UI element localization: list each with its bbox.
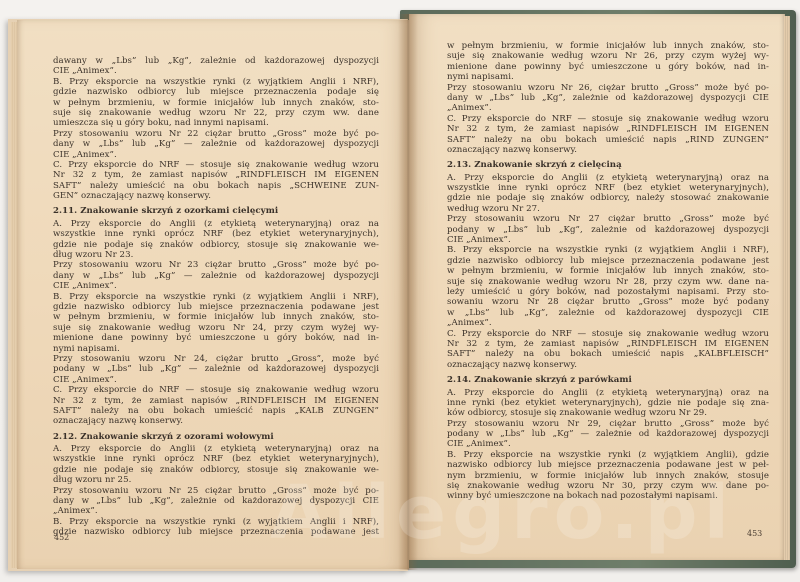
text-line: ków odbiorcy, stosuje się znakowanie wed… — [447, 408, 769, 418]
text-line: C. Przy eksporcie do NRF — stosuje się z… — [53, 160, 379, 170]
text-line: w pełnym brzmieniu, w formie inicjałów l… — [447, 41, 769, 51]
text-line: SAFT” należy na obu bokach umieścić napi… — [447, 135, 769, 145]
text-line: „Animex”. — [447, 103, 769, 113]
section-heading: 2.12. Znakowanie skrzyń z ozorami wołowy… — [53, 432, 379, 442]
text-line: gdzie nie podaje się znaków odbiorcy, st… — [53, 240, 379, 250]
text-line: CIE „Animex”. — [53, 281, 379, 291]
text-line: Nr 32 z tym, że zamiast napisów „RINDFLE… — [447, 339, 769, 349]
text-line: się znakowanie według wzoru Nr 30, przy … — [447, 481, 769, 491]
text-line: „Animex”. — [447, 318, 769, 328]
text-line: nymi napisami. — [53, 344, 379, 354]
text-line: suje się znakowanie według wzoru Nr 26, … — [447, 51, 769, 61]
text-line: dany w „Lbs” lub „Kg”, zależnie od każdo… — [53, 496, 379, 506]
text-line: „Animex”. — [53, 506, 379, 516]
text-line: wszystkie inne rynki oprócz NRF (bez ety… — [53, 229, 379, 239]
paragraph-gap — [53, 201, 379, 203]
text-line: leży umieścić u góry boków, nad pozostał… — [447, 287, 769, 297]
text-line: w pełnym brzmieniu, w formie inicjałów l… — [53, 312, 379, 322]
text-line: dług wzoru nr 25. — [53, 475, 379, 485]
text-line: A. Przy eksporcie do Anglii (z etykietą … — [447, 173, 769, 183]
text-line: CIE „Animex”. — [53, 375, 379, 385]
text-line: CIE „Animex”. — [53, 66, 379, 76]
text-line: CIE „Animex”. — [53, 150, 379, 160]
right-page: w pełnym brzmieniu, w formie inicjałów l… — [409, 14, 785, 560]
section-heading: 2.13. Znakowanie skrzyń z cielęciną — [447, 160, 769, 170]
paragraph-gap — [447, 155, 769, 157]
text-line: gdzie nazwisko odbiorcy lub miejsce prze… — [447, 256, 769, 266]
text-line: B. Przy eksporcie na wszystkie rynki (z … — [447, 245, 769, 255]
paragraph-gap — [447, 502, 769, 504]
text-line: dany w „Lbs” lub „Kg”, zależnie od każdo… — [447, 93, 769, 103]
text-line: A. Przy eksporcie do Anglii (z etykietą … — [53, 219, 379, 229]
left-page: dawany w „Lbs” lub „Kg”, zależnie od każ… — [17, 20, 409, 569]
text-line: SAFT” należy umieścić na obu bokach napi… — [53, 181, 379, 191]
text-line: oznaczający nazwę konserwy. — [447, 360, 769, 370]
text-line: Przy stosowaniu wzoru Nr 23 ciężar brutt… — [53, 260, 379, 270]
text-line: dawany w „Lbs” lub „Kg”, zależnie od każ… — [53, 56, 379, 66]
text-line: B. Przy eksporcie na wszystkie rynki (z … — [53, 292, 379, 302]
text-line: B. Przy eksporcie na wszystkie rynki (z … — [53, 517, 379, 527]
text-line: SAFT” należy na obu bokach umieścić napi… — [447, 349, 769, 359]
text-line: CIE „Animex”. — [447, 235, 769, 245]
text-line: gdzie nie podaje się znaków odbiorcy, st… — [53, 465, 379, 475]
text-line: SAFT” należy na obu bokach umieścić napi… — [53, 406, 379, 416]
text-line: gdzie nazwisko odbiorcy lub miejsce prze… — [53, 302, 379, 312]
text-line: wszystkie inne rynki oprócz NRF (bez ety… — [53, 454, 379, 464]
text-line: A. Przy eksporcie do Anglii (z etykietą … — [53, 444, 379, 454]
text-line: gdzie nie podaje się znaków odbiorcy, na… — [447, 193, 769, 203]
text-line: suje się znakowanie według wzoru Nr 28, … — [447, 277, 769, 287]
left-page-number: 452 — [54, 533, 69, 542]
text-line: Nr 32 z tym, że zamiast napisów „RINDFLE… — [447, 124, 769, 134]
text-line: według wzoru Nr 27. — [447, 204, 769, 214]
text-line: dług wzoru Nr 23. — [53, 250, 379, 260]
book-gutter — [398, 14, 418, 570]
text-line: B. Przy eksporcie na wszystkie rynki (z … — [447, 450, 769, 460]
text-line: nymi napisami. — [447, 72, 769, 82]
right-page-text: w pełnym brzmieniu, w formie inicjałów l… — [447, 41, 769, 504]
text-line: CIE „Animex”. — [447, 439, 769, 449]
text-line: w „Lbs” lub „Kg”, zależnie od każdorazow… — [447, 308, 769, 318]
text-line: C. Przy eksporcie do NRF — stosuje się z… — [53, 385, 379, 395]
text-line: mienione dane powinny być umieszczone u … — [447, 62, 769, 72]
text-line: suje się znakowanie według wzoru Nr 24, … — [53, 323, 379, 333]
text-line: Przy stosowaniu wzoru Nr 26, ciężar brut… — [447, 83, 769, 93]
paragraph-gap — [53, 427, 379, 429]
text-line: Nr 32 z tym, że zamiast napisów „RINDFLE… — [53, 396, 379, 406]
left-page-text: dawany w „Lbs” lub „Kg”, zależnie od każ… — [53, 56, 379, 540]
text-line: C. Przy eksporcie do NRF — stosuje się z… — [447, 329, 769, 339]
section-heading: 2.14. Znakowanie skrzyń z parówkami — [447, 375, 769, 385]
text-line: Przy stosowaniu wzoru Nr 24, ciężar brut… — [53, 354, 379, 364]
text-line: umieszcza się u góry boku, nad innymi na… — [53, 118, 379, 128]
text-line: Przy stosowaniu wzoru Nr 25 ciężar brutt… — [53, 486, 379, 496]
text-line: nazwisko odbiorcy lub miejsce przeznacze… — [447, 460, 769, 470]
text-line: Przy stosowaniu wzoru Nr 22 ciężar brutt… — [53, 129, 379, 139]
text-line: podany w „Lbs” lub „Kg” — zależnie od ka… — [447, 429, 769, 439]
text-line: inne rynki (bez etykiet weterynaryjnych)… — [447, 398, 769, 408]
text-line: dany w „Lbs” lub „Kg” — zależnie od każd… — [53, 271, 379, 281]
text-line: Przy stosowaniu wzoru Nr 29, ciężar brut… — [447, 419, 769, 429]
text-line: mienione dane powinny być umieszczone u … — [53, 333, 379, 343]
text-line: suje się znakowanie według wzoru Nr 22, … — [53, 108, 379, 118]
text-line: B. Przy eksporcie na wszystkie rynki (z … — [53, 77, 379, 87]
paragraph-gap — [53, 538, 379, 540]
text-line: gdzie nazwisko odbiorcy lub miejsce prze… — [53, 87, 379, 97]
text-line: w pełnym brzmieniu, w formie inicjałów l… — [447, 266, 769, 276]
text-line: nym brzmieniu, w formie inicjałów lub in… — [447, 471, 769, 481]
text-line: oznaczający nazwę konserwy. — [447, 145, 769, 155]
text-line: C. Przy eksporcie do NRF — stosuje się z… — [447, 114, 769, 124]
text-line: gdzie nazwisko odbiorcy lub miejsce prze… — [53, 527, 379, 537]
text-line: GEN” oznaczający nazwę konserwy. — [53, 191, 379, 201]
text-line: sowaniu wzoru Nr 28 ciężar brutto „Gross… — [447, 297, 769, 307]
text-line: dany w „Lbs” lub „Kg” — zależnie od każd… — [53, 139, 379, 149]
book-scan: dawany w „Lbs” lub „Kg”, zależnie od każ… — [0, 0, 800, 582]
text-line: oznaczający nazwę konserwy. — [53, 416, 379, 426]
text-line: A. Przy eksporcie do Anglii (z etykietą … — [447, 388, 769, 398]
section-heading: 2.11. Znakowanie skrzyń z ozorkami cielę… — [53, 206, 379, 216]
paragraph-gap — [447, 370, 769, 372]
text-line: w pełnym brzmieniu, w formie inicjałów l… — [53, 98, 379, 108]
text-line: Nr 32 z tym, że zamiast napisów „RINDFLE… — [53, 170, 379, 180]
right-page-number: 453 — [747, 529, 762, 538]
right-page-edges — [784, 16, 790, 560]
text-line: winny być umieszczone na bokach nad pozo… — [447, 491, 769, 501]
text-line: wszystkie inne rynki oprócz NRF (bez ety… — [447, 183, 769, 193]
text-line: podany w „Lbs” lub „Kg”, zależnie od każ… — [447, 225, 769, 235]
text-line: Przy stosowaniu wzoru Nr 27 ciężar brutt… — [447, 214, 769, 224]
text-line: podany w „Lbs” lub „Kg” — zależnie od ka… — [53, 364, 379, 374]
